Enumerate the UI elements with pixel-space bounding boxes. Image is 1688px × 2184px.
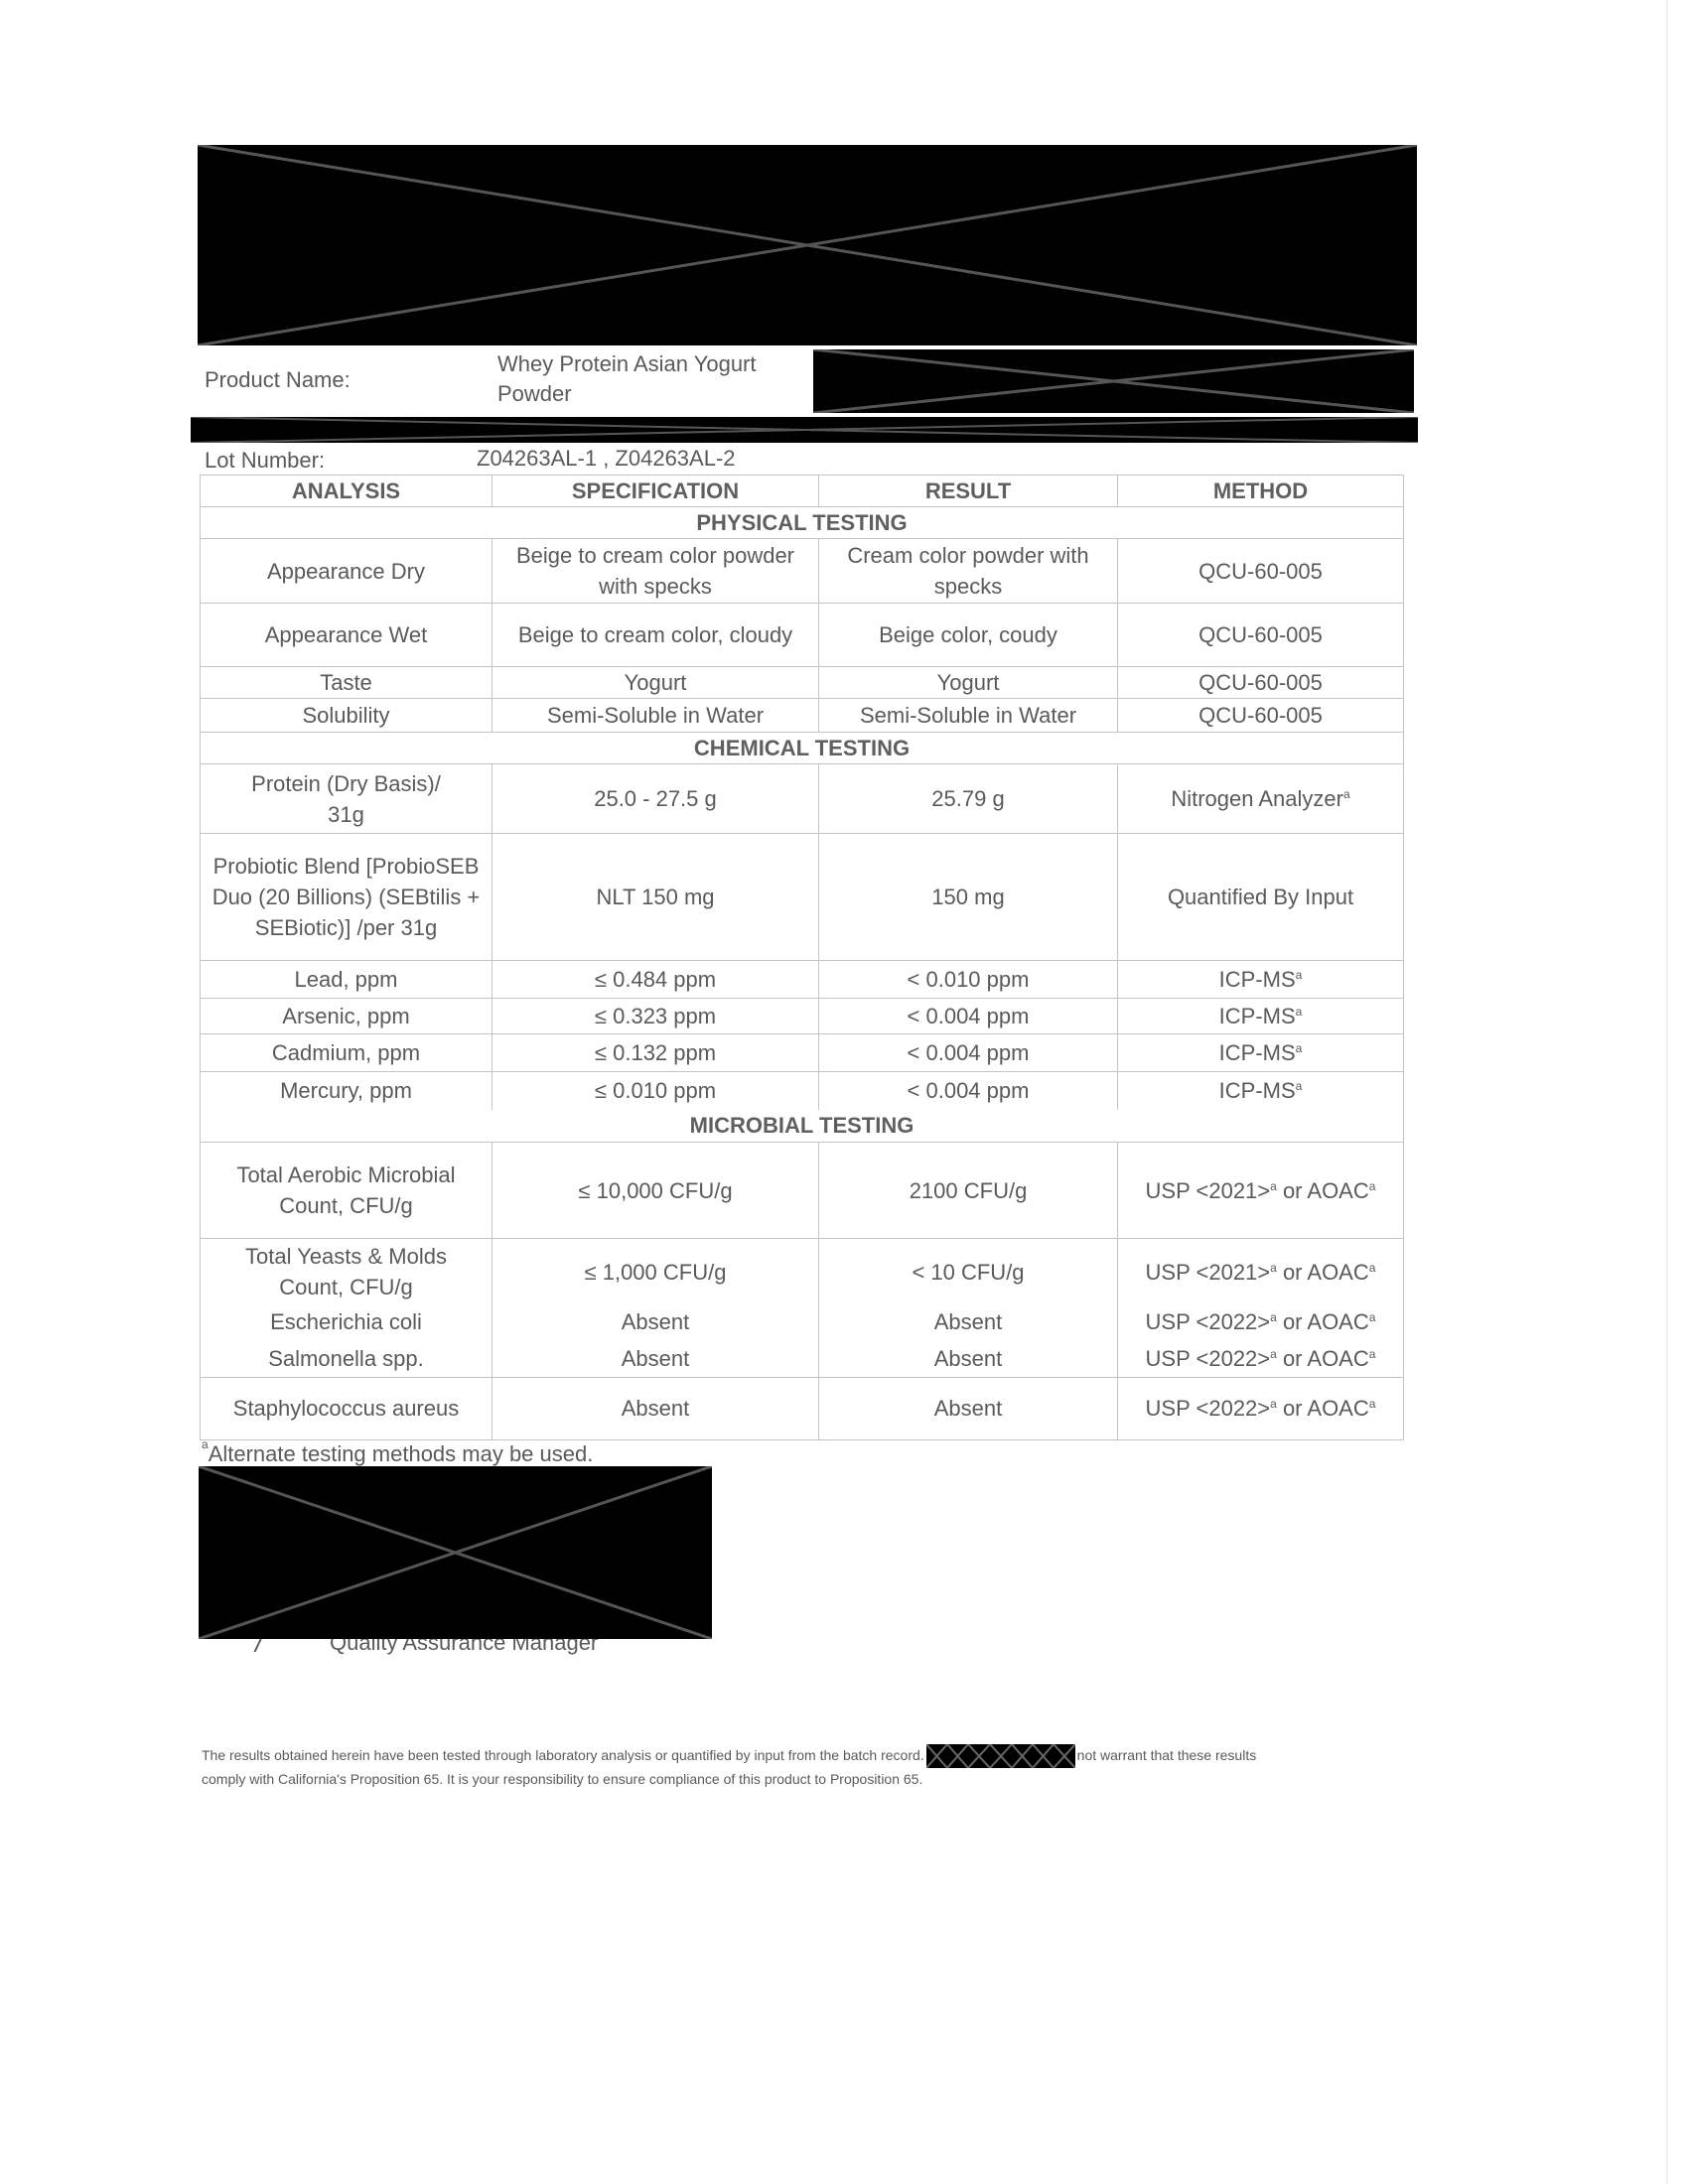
- method-text: QCU-60-005: [1198, 670, 1323, 695]
- result-cell-line: Absent: [823, 1393, 1113, 1424]
- specification-cell-line: Absent: [496, 1343, 814, 1374]
- method-text: Quantified By Input: [1168, 885, 1353, 909]
- specification-cell: ≤ 0.484 ppm: [492, 961, 819, 999]
- result-cell-line: 2100 CFU/g: [823, 1175, 1113, 1206]
- result-cell-line: < 0.004 ppm: [823, 1037, 1113, 1068]
- method-footnote-marker: a: [1270, 1261, 1277, 1275]
- method-cell: USP <2022>a or AOACa: [1118, 1302, 1404, 1340]
- specification-cell: NLT 150 mg: [492, 834, 819, 961]
- specification-cell: Absent: [492, 1377, 819, 1439]
- method-footnote-marker: a: [1270, 1347, 1277, 1361]
- analysis-cell-line: Appearance Wet: [205, 619, 488, 650]
- specification-cell: Absent: [492, 1340, 819, 1377]
- analysis-cell-line: Count, CFU/g: [205, 1272, 488, 1302]
- product-name-line1: Whey Protein Asian Yogurt: [497, 349, 757, 379]
- result-cell-line: Absent: [823, 1306, 1113, 1337]
- analysis-cell-line: Cadmium, ppm: [205, 1037, 488, 1068]
- method-text: ICP-MS: [1219, 1078, 1296, 1103]
- page-edge: [1666, 0, 1668, 2184]
- specification-cell: ≤ 10,000 CFU/g: [492, 1143, 819, 1239]
- specification-cell-line: Semi-Soluble in Water: [496, 700, 814, 731]
- method-text: USP <2022>: [1146, 1346, 1271, 1371]
- analysis-cell: Salmonella spp.: [201, 1340, 492, 1377]
- disclaimer-line-1: The results obtained herein have been te…: [202, 1744, 1413, 1768]
- redacted-header-block: [198, 145, 1417, 345]
- result-cell-line: Cream color powder with: [823, 540, 1113, 571]
- analysis-cell-line: Salmonella spp.: [205, 1343, 488, 1374]
- header-analysis: ANALYSIS: [201, 476, 492, 507]
- method-cell: QCU-60-005: [1118, 699, 1404, 733]
- product-name-label: Product Name:: [205, 367, 351, 393]
- method-footnote-marker: a: [1296, 1041, 1303, 1055]
- specification-cell-line: ≤ 0.484 ppm: [496, 964, 814, 995]
- table-row: SolubilitySemi-Soluble in WaterSemi-Solu…: [201, 699, 1404, 733]
- result-cell: Semi-Soluble in Water: [819, 699, 1118, 733]
- result-cell: < 0.004 ppm: [819, 999, 1118, 1034]
- specification-cell: ≤ 1,000 CFU/g: [492, 1239, 819, 1303]
- footnote: aAlternate testing methods may be used.: [202, 1441, 593, 1467]
- analysis-cell: Taste: [201, 667, 492, 699]
- result-cell-line: Beige color, coudy: [823, 619, 1113, 650]
- table-row: Arsenic, ppm≤ 0.323 ppm< 0.004 ppmICP-MS…: [201, 999, 1404, 1034]
- result-cell: Beige color, coudy: [819, 604, 1118, 667]
- result-cell: < 0.004 ppm: [819, 1072, 1118, 1110]
- redacted-info-bar: [191, 417, 1418, 443]
- footnote-marker: a: [202, 1437, 209, 1451]
- specification-cell: ≤ 0.132 ppm: [492, 1034, 819, 1072]
- table-row: Probiotic Blend [ProbioSEBDuo (20 Billio…: [201, 834, 1404, 961]
- table-row: Escherichia coliAbsentAbsentUSP <2022>a …: [201, 1302, 1404, 1340]
- result-cell-line: < 0.010 ppm: [823, 964, 1113, 995]
- disclaimer-line-2: comply with California's Proposition 65.…: [202, 1768, 1413, 1790]
- analysis-cell: Escherichia coli: [201, 1302, 492, 1340]
- method-alt-text: or AOAC: [1277, 1396, 1369, 1421]
- table-row: Salmonella spp.AbsentAbsentUSP <2022>a o…: [201, 1340, 1404, 1377]
- table-row: Staphylococcus aureusAbsentAbsentUSP <20…: [201, 1377, 1404, 1439]
- method-cell: USP <2021>a or AOACa: [1118, 1239, 1404, 1303]
- method-alt-footnote-marker: a: [1369, 1397, 1376, 1411]
- result-cell: 2100 CFU/g: [819, 1143, 1118, 1239]
- section-row: MICROBIAL TESTING: [201, 1110, 1404, 1143]
- analysis-cell: Probiotic Blend [ProbioSEBDuo (20 Billio…: [201, 834, 492, 961]
- result-cell-line: Yogurt: [823, 667, 1113, 698]
- table-header-row: ANALYSIS SPECIFICATION RESULT METHOD: [201, 476, 1404, 507]
- specification-cell-line: NLT 150 mg: [496, 882, 814, 912]
- result-cell: < 0.004 ppm: [819, 1034, 1118, 1072]
- header-method: METHOD: [1118, 476, 1404, 507]
- specification-cell-line: ≤ 1,000 CFU/g: [496, 1257, 814, 1288]
- redacted-product-code: [813, 349, 1414, 413]
- method-alt-footnote-marker: a: [1369, 1179, 1376, 1193]
- method-text: QCU-60-005: [1198, 559, 1323, 584]
- method-cell: USP <2022>a or AOACa: [1118, 1377, 1404, 1439]
- analysis-cell: Arsenic, ppm: [201, 999, 492, 1034]
- specification-cell-line: with specks: [496, 571, 814, 602]
- method-footnote-marker: a: [1270, 1397, 1277, 1411]
- result-cell-line: 150 mg: [823, 882, 1113, 912]
- analysis-cell-line: Arsenic, ppm: [205, 1001, 488, 1031]
- analysis-cell-line: Escherichia coli: [205, 1306, 488, 1337]
- method-text: USP <2022>: [1146, 1396, 1271, 1421]
- result-cell-line: Semi-Soluble in Water: [823, 700, 1113, 731]
- method-alt-footnote-marker: a: [1369, 1261, 1376, 1275]
- result-cell: < 0.010 ppm: [819, 961, 1118, 999]
- table-row: Mercury, ppm≤ 0.010 ppm< 0.004 ppmICP-MS…: [201, 1072, 1404, 1110]
- method-text: ICP-MS: [1219, 967, 1296, 992]
- section-row: PHYSICAL TESTING: [201, 507, 1404, 539]
- specification-cell-line: ≤ 10,000 CFU/g: [496, 1175, 814, 1206]
- analysis-cell-line: Taste: [205, 667, 488, 698]
- method-alt-text: or AOAC: [1277, 1346, 1369, 1371]
- method-alt-text: or AOAC: [1277, 1309, 1369, 1334]
- table-row: Appearance WetBeige to cream color, clou…: [201, 604, 1404, 667]
- method-text: QCU-60-005: [1198, 622, 1323, 647]
- analysis-cell-line: Lead, ppm: [205, 964, 488, 995]
- method-cell: QCU-60-005: [1118, 667, 1404, 699]
- redacted-company-name: [926, 1744, 1075, 1768]
- table-row: Total Yeasts & MoldsCount, CFU/g≤ 1,000 …: [201, 1239, 1404, 1303]
- redacted-signature-block: [199, 1466, 712, 1639]
- specification-cell-line: ≤ 0.010 ppm: [496, 1075, 814, 1106]
- method-alt-text: or AOAC: [1277, 1178, 1369, 1203]
- method-text: ICP-MS: [1219, 1004, 1296, 1028]
- analysis-table: ANALYSIS SPECIFICATION RESULT METHOD PHY…: [200, 475, 1404, 1440]
- result-cell-line: < 0.004 ppm: [823, 1075, 1113, 1106]
- result-cell-line: 25.79 g: [823, 783, 1113, 814]
- analysis-cell: Protein (Dry Basis)/31g: [201, 764, 492, 834]
- specification-cell: ≤ 0.010 ppm: [492, 1072, 819, 1110]
- method-footnote-marker: a: [1343, 787, 1350, 801]
- analysis-cell: Solubility: [201, 699, 492, 733]
- specification-cell: Yogurt: [492, 667, 819, 699]
- analysis-cell-line: 31g: [205, 799, 488, 830]
- analysis-cell-line: Appearance Dry: [205, 556, 488, 587]
- analysis-cell: Staphylococcus aureus: [201, 1377, 492, 1439]
- method-footnote-marker: a: [1296, 1005, 1303, 1019]
- analysis-cell-line: Probiotic Blend [ProbioSEB: [205, 851, 488, 882]
- method-footnote-marker: a: [1296, 968, 1303, 982]
- method-cell: QCU-60-005: [1118, 539, 1404, 604]
- section-title: MICROBIAL TESTING: [201, 1110, 1404, 1143]
- analysis-cell-line: Total Aerobic Microbial: [205, 1160, 488, 1190]
- analysis-cell: Total Aerobic MicrobialCount, CFU/g: [201, 1143, 492, 1239]
- analysis-cell-line: Count, CFU/g: [205, 1190, 488, 1221]
- result-cell: < 10 CFU/g: [819, 1239, 1118, 1303]
- analysis-cell-line: Solubility: [205, 700, 488, 731]
- header-result: RESULT: [819, 476, 1118, 507]
- section-title: CHEMICAL TESTING: [201, 733, 1404, 764]
- method-text: USP <2021>: [1146, 1178, 1271, 1203]
- result-cell-line: Absent: [823, 1343, 1113, 1374]
- specification-cell: ≤ 0.323 ppm: [492, 999, 819, 1034]
- method-cell: ICP-MSa: [1118, 999, 1404, 1034]
- method-alt-footnote-marker: a: [1369, 1310, 1376, 1324]
- specification-cell: Beige to cream color, cloudy: [492, 604, 819, 667]
- analysis-cell-line: Protein (Dry Basis)/: [205, 768, 488, 799]
- method-text: USP <2021>: [1146, 1260, 1271, 1285]
- specification-cell: Beige to cream color powderwith specks: [492, 539, 819, 604]
- result-cell: 25.79 g: [819, 764, 1118, 834]
- disclaimer-text-1b: not warrant that these results: [1077, 1747, 1257, 1763]
- footnote-text: Alternate testing methods may be used.: [209, 1441, 594, 1466]
- method-text: QCU-60-005: [1198, 703, 1323, 728]
- analysis-cell: Appearance Dry: [201, 539, 492, 604]
- header-specification: SPECIFICATION: [492, 476, 819, 507]
- specification-cell-line: Beige to cream color powder: [496, 540, 814, 571]
- specification-cell-line: Beige to cream color, cloudy: [496, 619, 814, 650]
- table-row: Appearance DryBeige to cream color powde…: [201, 539, 1404, 604]
- result-cell: Absent: [819, 1340, 1118, 1377]
- specification-cell: Absent: [492, 1302, 819, 1340]
- result-cell: 150 mg: [819, 834, 1118, 961]
- analysis-cell: Appearance Wet: [201, 604, 492, 667]
- specification-cell-line: Yogurt: [496, 667, 814, 698]
- method-cell: ICP-MSa: [1118, 1072, 1404, 1110]
- method-text: USP <2022>: [1146, 1309, 1271, 1334]
- table-row: TasteYogurtYogurtQCU-60-005: [201, 667, 1404, 699]
- method-cell: ICP-MSa: [1118, 961, 1404, 999]
- analysis-cell: Total Yeasts & MoldsCount, CFU/g: [201, 1239, 492, 1303]
- method-text: ICP-MS: [1219, 1040, 1296, 1065]
- method-cell: Quantified By Input: [1118, 834, 1404, 961]
- specification-cell: 25.0 - 27.5 g: [492, 764, 819, 834]
- method-footnote-marker: a: [1270, 1179, 1277, 1193]
- specification-cell-line: Absent: [496, 1306, 814, 1337]
- table-row: Cadmium, ppm≤ 0.132 ppm< 0.004 ppmICP-MS…: [201, 1034, 1404, 1072]
- product-name-value: Whey Protein Asian Yogurt Powder: [497, 349, 757, 409]
- method-alt-text: or AOAC: [1277, 1260, 1369, 1285]
- lot-number-label: Lot Number:: [205, 448, 325, 474]
- result-cell-line: < 0.004 ppm: [823, 1001, 1113, 1031]
- result-cell-line: specks: [823, 571, 1113, 602]
- result-cell: Cream color powder withspecks: [819, 539, 1118, 604]
- section-title: PHYSICAL TESTING: [201, 507, 1404, 539]
- section-row: CHEMICAL TESTING: [201, 733, 1404, 764]
- method-cell: QCU-60-005: [1118, 604, 1404, 667]
- analysis-cell: Cadmium, ppm: [201, 1034, 492, 1072]
- disclaimer-text-1a: The results obtained herein have been te…: [202, 1747, 924, 1763]
- specification-cell: Semi-Soluble in Water: [492, 699, 819, 733]
- lot-number-value: Z04263AL-1 , Z04263AL-2: [477, 446, 736, 472]
- table-row: Lead, ppm≤ 0.484 ppm< 0.010 ppmICP-MSa: [201, 961, 1404, 999]
- result-cell: Yogurt: [819, 667, 1118, 699]
- result-cell-line: < 10 CFU/g: [823, 1257, 1113, 1288]
- method-cell: USP <2021>a or AOACa: [1118, 1143, 1404, 1239]
- specification-cell-line: ≤ 0.323 ppm: [496, 1001, 814, 1031]
- analysis-cell-line: Mercury, ppm: [205, 1075, 488, 1106]
- method-cell: USP <2022>a or AOACa: [1118, 1340, 1404, 1377]
- analysis-cell: Mercury, ppm: [201, 1072, 492, 1110]
- analysis-cell-line: Staphylococcus aureus: [205, 1393, 488, 1424]
- method-text: Nitrogen Analyzer: [1171, 786, 1343, 811]
- analysis-cell-line: Duo (20 Billions) (SEBtilis +: [205, 882, 488, 912]
- specification-cell-line: Absent: [496, 1393, 814, 1424]
- analysis-cell: Lead, ppm: [201, 961, 492, 999]
- method-footnote-marker: a: [1296, 1079, 1303, 1093]
- method-cell: ICP-MSa: [1118, 1034, 1404, 1072]
- method-cell: Nitrogen Analyzera: [1118, 764, 1404, 834]
- result-cell: Absent: [819, 1377, 1118, 1439]
- product-name-line2: Powder: [497, 379, 757, 409]
- analysis-cell-line: SEBiotic)] /per 31g: [205, 912, 488, 943]
- table-row: Protein (Dry Basis)/31g25.0 - 27.5 g25.7…: [201, 764, 1404, 834]
- method-alt-footnote-marker: a: [1369, 1347, 1376, 1361]
- result-cell: Absent: [819, 1302, 1118, 1340]
- table-row: Total Aerobic MicrobialCount, CFU/g≤ 10,…: [201, 1143, 1404, 1239]
- analysis-cell-line: Total Yeasts & Molds: [205, 1241, 488, 1272]
- method-footnote-marker: a: [1270, 1310, 1277, 1324]
- specification-cell-line: ≤ 0.132 ppm: [496, 1037, 814, 1068]
- specification-cell-line: 25.0 - 27.5 g: [496, 783, 814, 814]
